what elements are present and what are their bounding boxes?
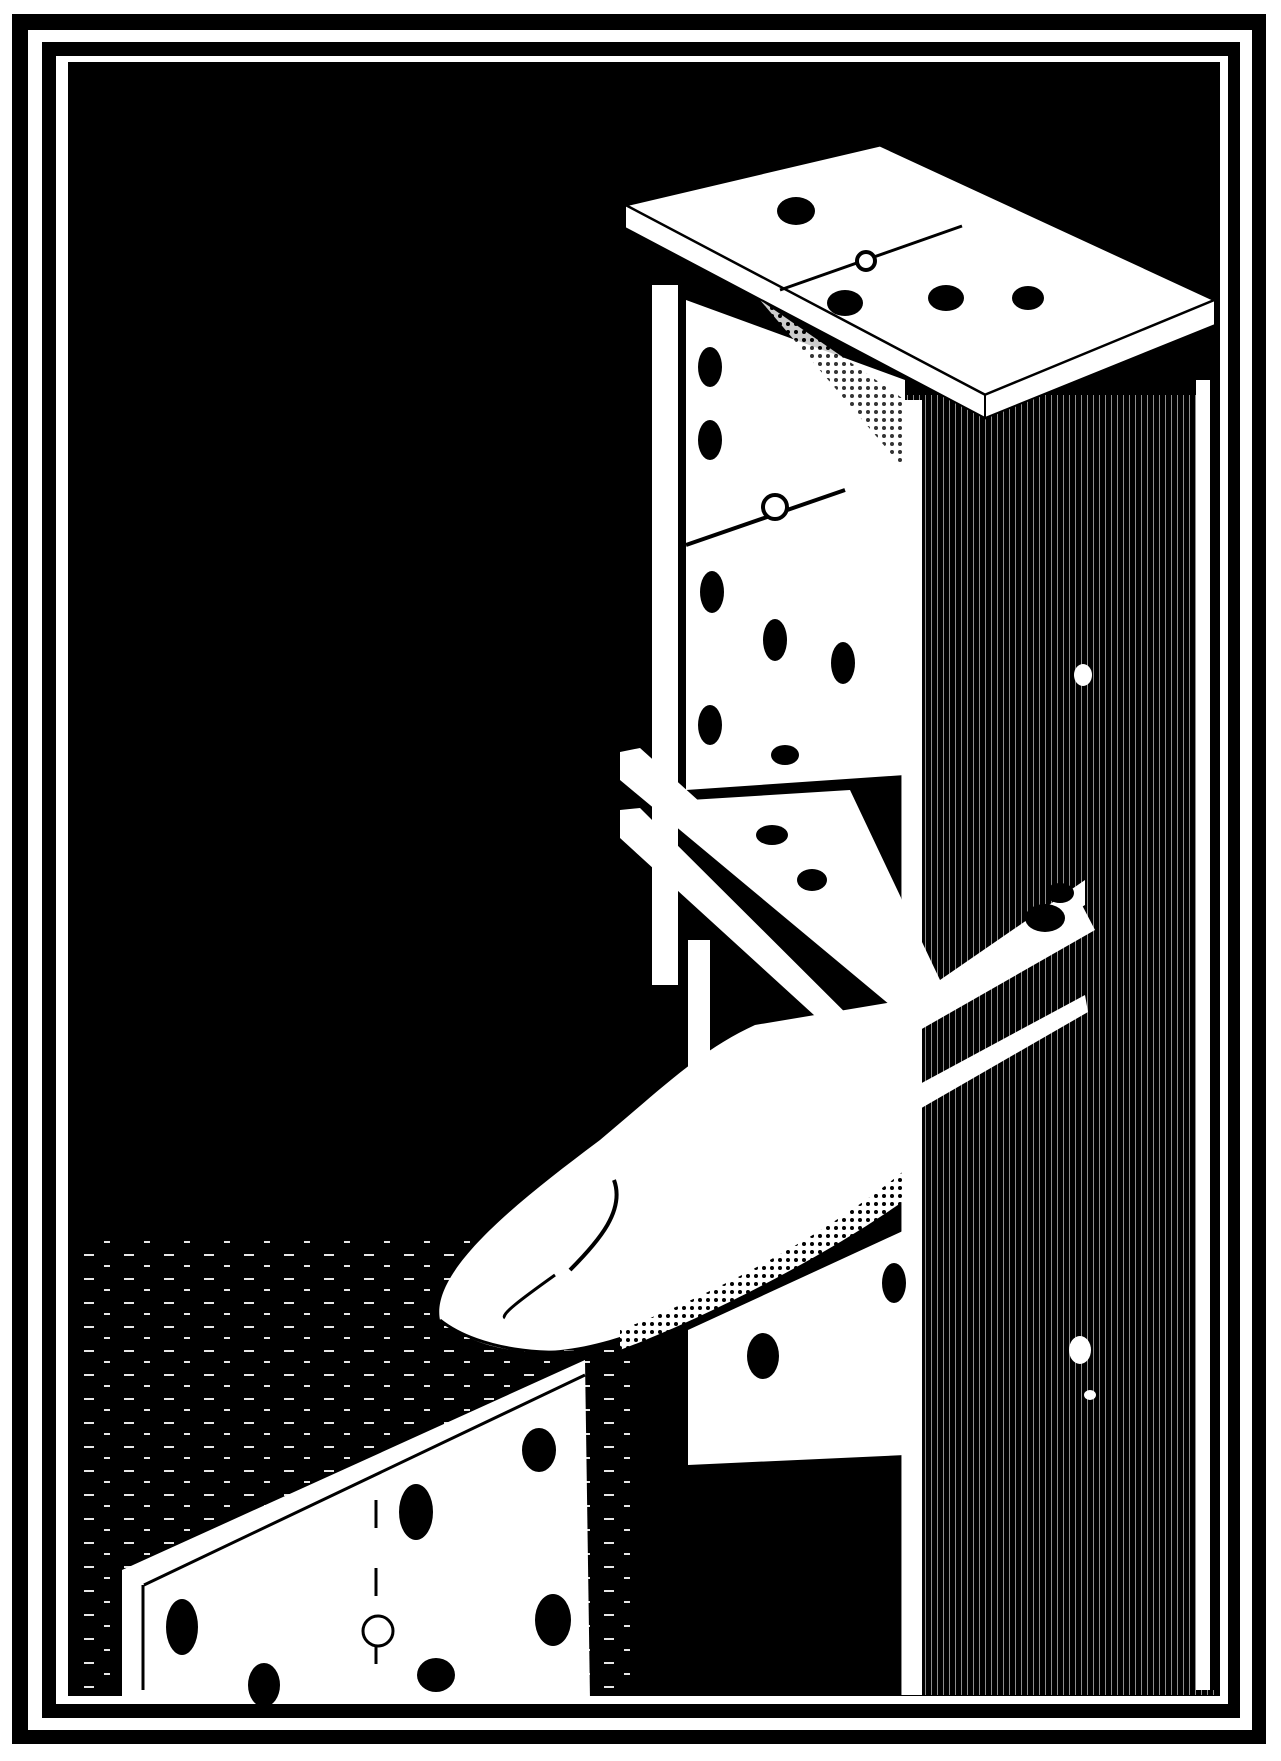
illustration: Black and white engraving of stacked dom… [0, 0, 1281, 1761]
tall-dark-domino [900, 380, 1220, 1695]
engraving-canvas [0, 0, 1281, 1761]
